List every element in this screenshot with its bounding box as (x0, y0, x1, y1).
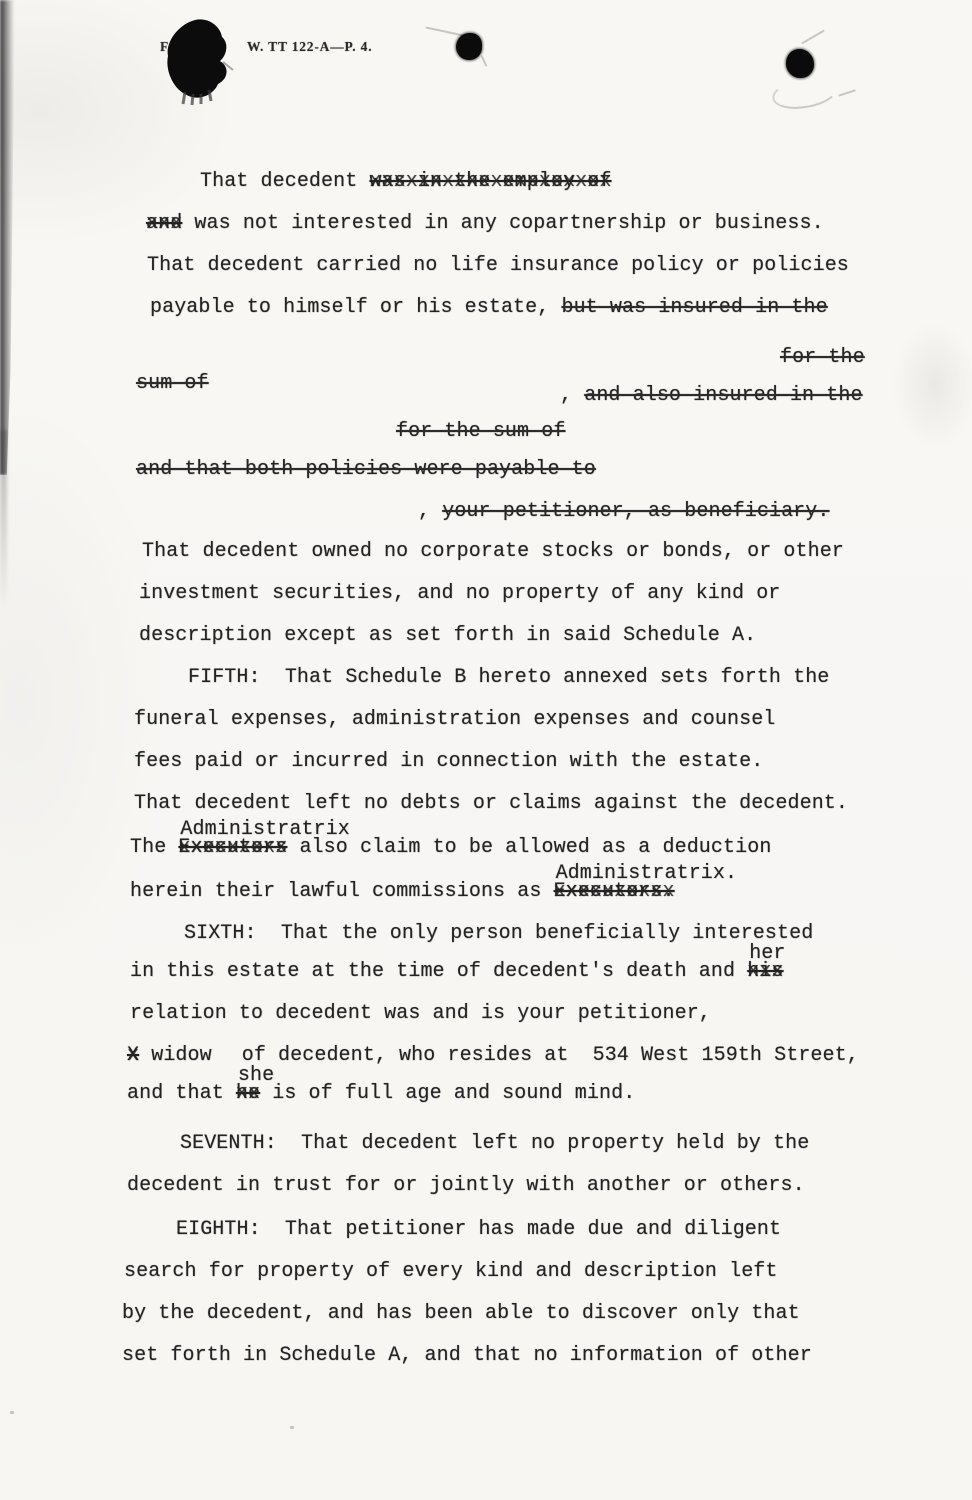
text-segment: That decedent left no debts or claims ag… (134, 792, 848, 815)
text-segment: EIGHTH: That petitioner has made due and… (176, 1218, 781, 1241)
ink-dot-right (786, 49, 814, 78)
doc-line: That decedent carried no life insurance … (147, 254, 849, 278)
doc-line: EIGHTH: That petitioner has made due and… (176, 1218, 781, 1242)
text-segment: by the decedent, and has been able to di… (122, 1302, 800, 1325)
struck-text-x: he (236, 1082, 260, 1106)
text-segment: payable to himself or his estate, (150, 296, 561, 319)
text-segment: investment securities, and no property o… (139, 582, 780, 605)
text-segment: decedent in trust for or jointly with an… (127, 1174, 805, 1197)
doc-line: relation to decedent was and is your pet… (130, 1002, 711, 1026)
ink-dot-center (456, 33, 482, 60)
doc-line: SEVENTH: That decedent left no property … (180, 1132, 809, 1156)
doc-line: The AdministratrixExecutors also claim t… (130, 836, 771, 860)
struck-text-dash: and that both policies were payable to (136, 458, 596, 481)
text-segment: was not interested in any copartnership … (182, 212, 823, 235)
text-segment: That decedent carried no life insurance … (147, 254, 849, 277)
doc-line: by the decedent, and has been able to di… (122, 1302, 800, 1326)
text-segment: That decedent (200, 170, 369, 193)
doc-line: , your petitioner, as beneficiary. (418, 500, 829, 524)
text-segment: funeral expenses, administration expense… (134, 708, 775, 731)
paper-speck (290, 1426, 294, 1429)
scan-edge-artifact-tail (0, 430, 7, 610)
text-segment: FIFTH: That Schedule B hereto annexed se… (188, 666, 829, 689)
scratch-mark-right (801, 30, 825, 45)
correction-stack: Administratrix.Executors. (554, 880, 675, 904)
doc-line: SIXTH: That the only person beneficially… (184, 922, 813, 946)
doc-line: herein their lawful commissions as Admin… (130, 880, 675, 904)
struck-text-dash: your petitioner, as beneficiary. (442, 500, 829, 523)
doc-line: , and also insured in the (560, 384, 863, 408)
struck-text-dash: but was insured in the (561, 296, 827, 319)
doc-line: for the sum of (396, 420, 565, 444)
ink-blot-large (163, 18, 243, 111)
text-segment: 534 West 159th Street, (593, 1044, 859, 1067)
text-segment: set forth in Schedule A, and that no inf… (122, 1344, 812, 1367)
doc-line: decedent in trust for or jointly with an… (127, 1174, 805, 1198)
text-segment: herein their lawful commissions as (130, 880, 554, 903)
text-segment: and that (127, 1082, 236, 1105)
text-segment: search for property of every kind and de… (124, 1260, 778, 1283)
struck-text-x: and (146, 212, 182, 236)
scratch-mark-right-2 (838, 89, 856, 96)
form-number-right: W. TT 122-A—P. 4. (247, 39, 372, 55)
correction-stack: AdministratrixExecutors (178, 836, 287, 860)
doc-line: FIFTH: That Schedule B hereto annexed se… (188, 666, 829, 690)
doc-line: description except as set forth in said … (139, 624, 756, 648)
doc-line: funeral expenses, administration expense… (134, 708, 775, 732)
struck-text-x: Executors (178, 836, 287, 860)
doc-line: That decedent owned no corporate stocks … (142, 540, 844, 564)
ink-curl (770, 72, 840, 113)
doc-line: and was not interested in any copartners… (146, 212, 824, 236)
paper-speck (10, 1411, 14, 1414)
text-segment: is of full age and sound mind. (260, 1082, 635, 1105)
text-segment: widow (139, 1044, 212, 1067)
doc-line: That decedent left no debts or claims ag… (134, 792, 848, 816)
scratch-mark-small (481, 55, 488, 67)
text-segment: The (130, 836, 178, 859)
text-segment: SIXTH: That the only person beneficially… (184, 922, 813, 945)
struck-text-dash: for the sum of (396, 420, 565, 443)
text-segment: That decedent owned no corporate stocks … (142, 540, 844, 563)
text-segment: SEVENTH: That decedent left no property … (180, 1132, 809, 1155)
text-segment: relation to decedent was and is your pet… (130, 1002, 711, 1025)
text-segment: description except as set forth in said … (139, 624, 756, 647)
struck-text-dash: sum of (136, 372, 209, 395)
text-segment: in this estate at the time of decedent's… (130, 960, 747, 983)
correction-stack: herhis (747, 960, 783, 984)
struck-text-dash: for the (780, 346, 865, 369)
struck-text-x: X (127, 1044, 139, 1068)
struck-text-x: Executors. (554, 880, 675, 904)
text-segment: , (560, 384, 584, 407)
ink-blot-shape (163, 18, 243, 106)
doc-line: That decedent was in the employ of (200, 170, 611, 194)
doc-line: and that both policies were payable to (136, 458, 596, 482)
correction-stack: shehe (236, 1082, 260, 1106)
doc-line: investment securities, and no property o… (139, 582, 780, 606)
doc-line: search for property of every kind and de… (124, 1260, 778, 1284)
doc-line: X widowof decedent, who resides at 534 W… (127, 1044, 859, 1068)
text-segment: also claim to be allowed as a deduction (287, 836, 771, 859)
text-segment: fees paid or incurred in connection with… (134, 750, 763, 773)
struck-text-dash: and also insured in the (584, 384, 862, 407)
struck-text-x: was in the employ of (369, 170, 611, 194)
scan-edge-artifact (0, 0, 15, 475)
struck-text-x: his (747, 960, 783, 984)
text-segment: of decedent, who resides at (242, 1044, 581, 1067)
text-segment: , (418, 500, 442, 523)
doc-line: payable to himself or his estate, but wa… (150, 296, 828, 320)
doc-line: fees paid or incurred in connection with… (134, 750, 763, 774)
doc-line: for the (780, 346, 865, 370)
scanned-document-page: F W. TT 122-A—P. 4. That decedent was in… (0, 0, 972, 1500)
doc-line: set forth in Schedule A, and that no inf… (122, 1344, 812, 1368)
doc-line: in this estate at the time of decedent's… (130, 960, 784, 984)
doc-line: and that shehe is of full age and sound … (127, 1082, 635, 1106)
doc-line: sum of (136, 372, 209, 396)
